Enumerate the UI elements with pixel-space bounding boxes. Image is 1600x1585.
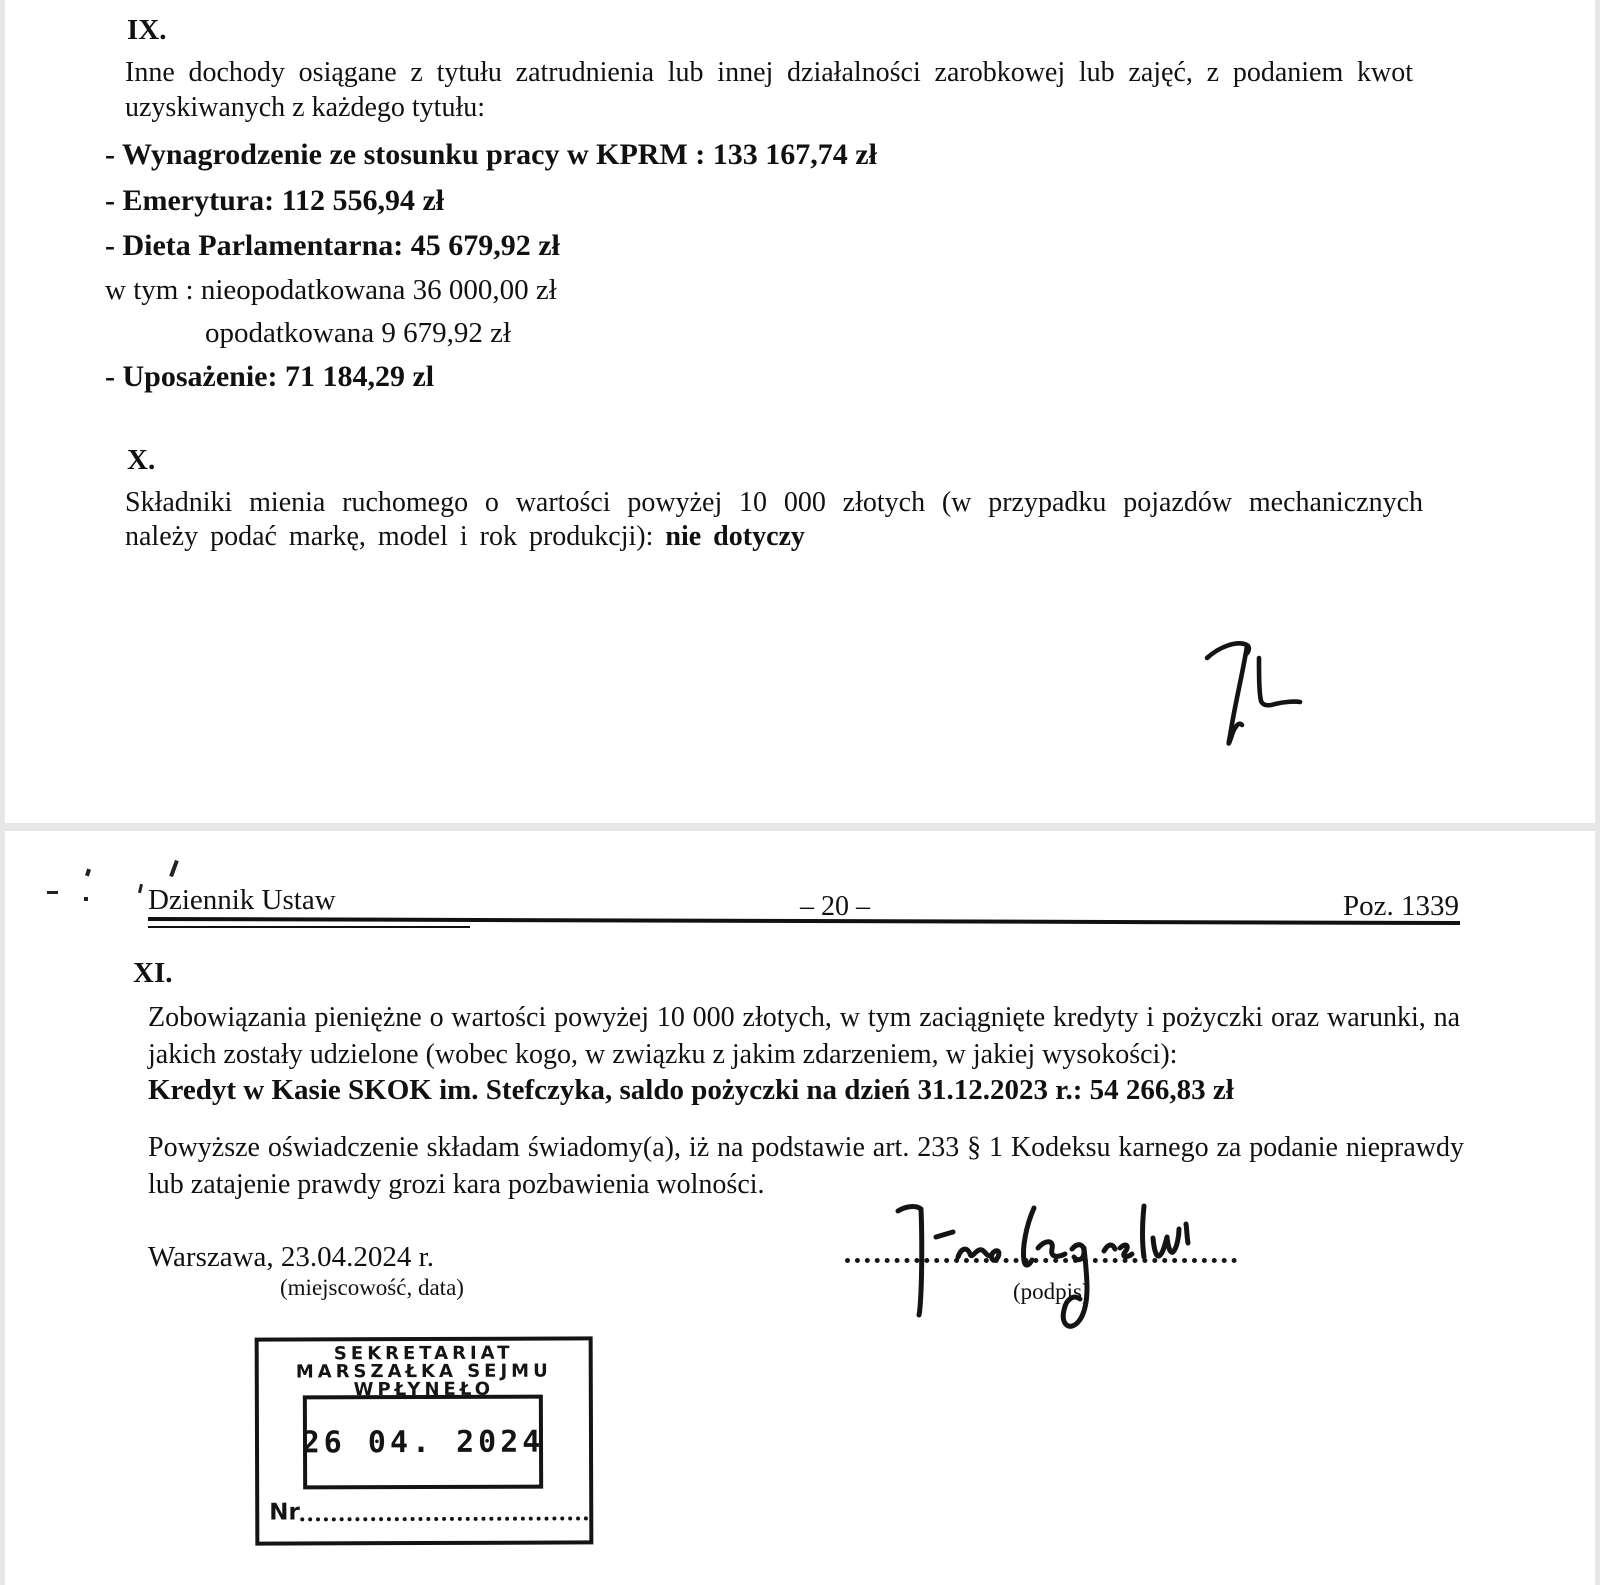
credit-line: Kredyt w Kasie SKOK im. Stefczyka, saldo…	[148, 1074, 1234, 1107]
header-position-number: Poz. 1339	[1343, 890, 1459, 923]
income-item-dieta: - Dieta Parlamentarna: 45 679,92 zł	[105, 229, 560, 263]
stamp-nr-row: Nr	[269, 1500, 588, 1524]
section-x-nie-dotyczy: nie dotyczy	[665, 521, 805, 552]
scan-speck	[85, 869, 91, 877]
stamp-date-box: 26 04. 2024	[303, 1395, 543, 1490]
place-date-caption: (miejscowość, data)	[280, 1275, 464, 1301]
header-rule-secondary	[148, 926, 470, 928]
income-item-uposazenie: - Uposażenie: 71 184,29 zl	[105, 360, 434, 394]
header-journal-title: Dziennik Ustaw	[148, 884, 336, 917]
section-ix-heading: IX.	[127, 14, 166, 47]
scan-speck	[47, 891, 58, 894]
scan-speck	[84, 897, 88, 901]
section-x-heading: X.	[127, 444, 155, 477]
scanned-document: IX. Inne dochody osiągane z tytułu zatru…	[0, 0, 1600, 1585]
income-item-kprm: - Wynagrodzenie ze stosunku pracy w KPRM…	[105, 138, 877, 172]
initials-signature	[1163, 618, 1333, 768]
stamp-nr-label: Nr	[269, 1501, 300, 1524]
header-rule	[148, 917, 1460, 925]
scan-edge-right	[1595, 0, 1600, 1585]
section-ix-intro: Inne dochody osiągane z tytułu zatrudnie…	[125, 55, 1413, 125]
section-xi-heading: XI.	[133, 957, 172, 990]
section-x-body: Składniki mienia ruchomego o wartości po…	[125, 486, 1423, 554]
scan-speck	[169, 860, 179, 877]
scan-edge-left	[0, 0, 5, 1585]
receipt-stamp: SEKRETARIAT MARSZAŁKA SEJMU WPŁYNĘŁO 26 …	[255, 1336, 594, 1545]
page-break-gap	[0, 823, 1600, 831]
section-xi-body: Zobowiązania pieniężne o wartości powyże…	[148, 999, 1460, 1073]
stamp-nr-dotted-line	[300, 1516, 588, 1521]
income-item-opodatkowana: opodatkowana 9 679,92 zł	[205, 317, 511, 350]
declaration-paragraph: Powyższe oświadczenie składam świadomy(a…	[148, 1129, 1464, 1203]
scan-speck	[138, 884, 143, 893]
income-item-nieopodatkowana: w tym : nieopodatkowana 36 000,00 zł	[105, 274, 557, 307]
stamp-date: 26 04. 2024	[302, 1424, 545, 1460]
handwritten-signature	[876, 1186, 1206, 1336]
income-item-emerytura: - Emerytura: 112 556,94 zł	[105, 184, 444, 218]
place-date: Warszawa, 23.04.2024 r.	[148, 1241, 434, 1274]
